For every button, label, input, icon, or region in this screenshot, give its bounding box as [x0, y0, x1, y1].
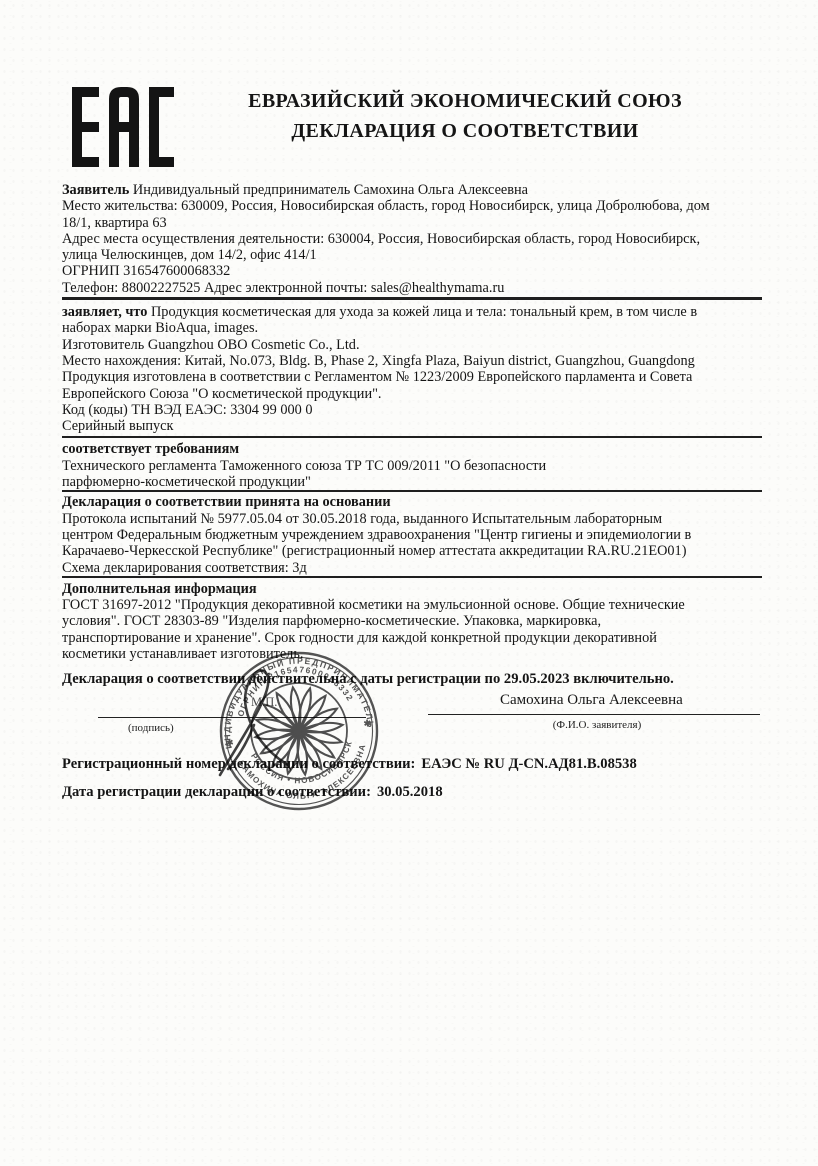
name-line [428, 714, 760, 715]
applicant-line: Заявитель Индивидуальный предприниматель… [62, 182, 762, 198]
stamp-star-left-icon: ✱ [225, 737, 234, 748]
additional-line: косметики устанавливает изготовитель. [62, 646, 762, 662]
tnved-code: Код (коды) ТН ВЭД ЕАЭС: 3304 99 000 0 [62, 402, 762, 418]
manufacturer-address: Место нахождения: Китай, No.073, Bldg. B… [62, 353, 762, 369]
additional-line: условия". ГОСТ 28303-89 "Изделия парфюме… [62, 613, 762, 629]
applicant-ogrnip: ОГРНИП 316547600068332 [62, 263, 762, 279]
basis-line: центром Федеральным бюджетным учреждение… [62, 527, 762, 543]
document-body: Заявитель Индивидуальный предприниматель… [62, 180, 762, 806]
product-line: Европейского Союза "О косметической прод… [62, 386, 762, 402]
basis-heading: Декларация о соответствии принята на осн… [62, 494, 762, 510]
applicant-full-name: Самохина Ольга Алексеевна [500, 692, 683, 708]
signature-area: (подпись) Самохина Ольга Алексеевна (Ф.И… [62, 692, 762, 750]
registration-date-line: Дата регистрации декларации о соответств… [62, 778, 762, 806]
applicant-line: Место жительства: 630009, Россия, Новоси… [62, 198, 762, 214]
additional-heading: Дополнительная информация [62, 581, 762, 597]
declaration-document: ЕВРАЗИЙСКИЙ ЭКОНОМИЧЕСКИЙ СОЮЗ ДЕКЛАРАЦИ… [0, 0, 818, 1166]
validity-statement: Декларация о соответствии действительна … [62, 671, 762, 687]
signature-caption: (подпись) [128, 720, 174, 736]
eac-mark-icon [72, 87, 174, 167]
compliance-heading: соответствует требованиям [62, 441, 762, 457]
applicant-label: Заявитель [62, 182, 129, 198]
registration-number-line: Регистрационный номер декларации о соотв… [62, 750, 762, 778]
section-additional-info: Дополнительная информация ГОСТ 31697-201… [62, 578, 762, 662]
product-line: заявляет, что Продукция косметическая дл… [62, 304, 762, 320]
compliance-line: парфюмерно-косметической продукции" [62, 474, 762, 490]
union-name: ЕВРАЗИЙСКИЙ ЭКОНОМИЧЕСКИЙ СОЮЗ [175, 86, 755, 116]
applicant-line: Адрес места осуществления деятельности: … [62, 231, 762, 247]
declares-label: заявляет, что [62, 304, 147, 320]
additional-line: ГОСТ 31697-2012 "Продукция декоративной … [62, 597, 762, 613]
registration-number-value: ЕАЭС № RU Д-CN.АД81.В.08538 [421, 756, 636, 772]
section-compliance: соответствует требованиям Технического р… [62, 438, 762, 492]
serial-release: Серийный выпуск [62, 418, 762, 434]
applicant-line: 18/1, квартира 63 [62, 215, 762, 231]
additional-line: транспортирование и хранение". Срок годн… [62, 630, 762, 646]
document-header: ЕВРАЗИЙСКИЙ ЭКОНОМИЧЕСКИЙ СОЮЗ ДЕКЛАРАЦИ… [175, 86, 755, 146]
manufacturer-line: Изготовитель Guangzhou OBO Cosmetic Co.,… [62, 337, 762, 353]
compliance-line: Технического регламента Таможенного союз… [62, 458, 762, 474]
product-line: наборах марки BioAqua, images. [62, 320, 762, 336]
basis-line: Карачаево-Черкесской Республике" (регист… [62, 543, 762, 559]
declaration-scheme: Схема декларирования соответствия: 3д [62, 560, 762, 576]
applicant-contacts: Телефон: 88002227525 Адрес электронной п… [62, 280, 762, 296]
product-line: Продукция изготовлена в соответствии с Р… [62, 369, 762, 385]
round-stamp-icon: ИНДИВИДУАЛЬНЫЙ ПРЕДПРИНИМАТЕЛЬ САМОХИНА … [206, 638, 391, 823]
section-product: заявляет, что Продукция косметическая дл… [62, 300, 762, 438]
section-applicant: Заявитель Индивидуальный предприниматель… [62, 180, 762, 300]
name-caption: (Ф.И.О. заявителя) [532, 717, 662, 733]
applicant-line: улица Челюскинцев, дом 14/2, офис 414/1 [62, 247, 762, 263]
section-basis: Декларация о соответствии принята на осн… [62, 492, 762, 577]
basis-line: Протокола испытаний № 5977.05.04 от 30.0… [62, 511, 762, 527]
document-title: ДЕКЛАРАЦИЯ О СООТВЕТСТВИИ [175, 116, 755, 146]
